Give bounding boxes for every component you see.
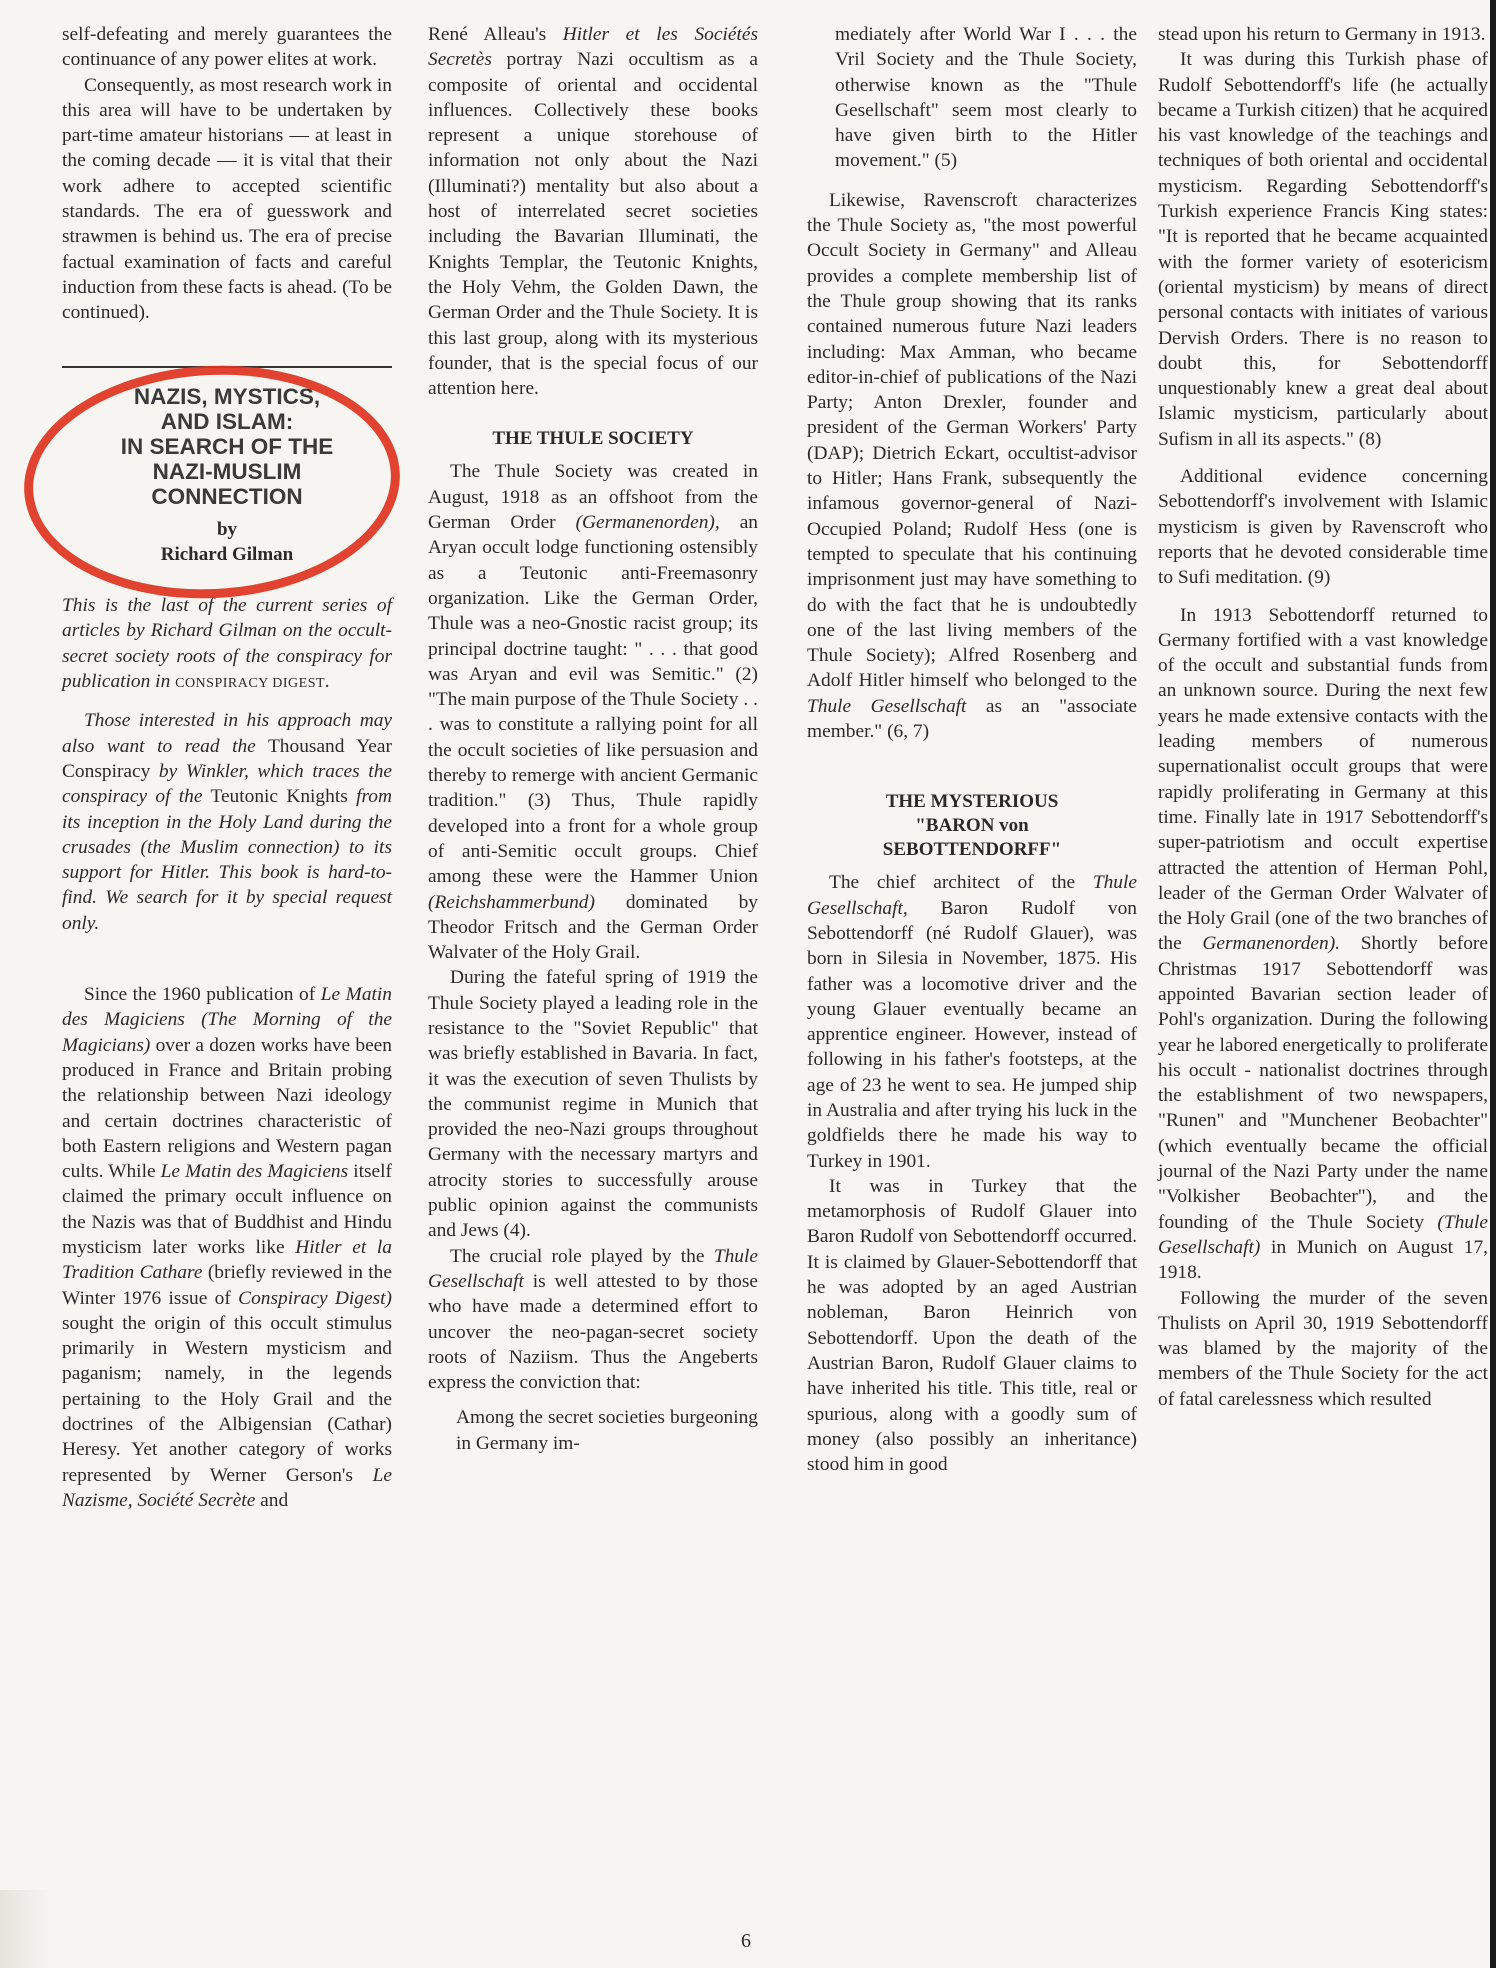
paragraph: The Thule Society was created in August,… (428, 459, 758, 965)
page-number: 6 (741, 1930, 751, 1953)
paragraph: Consequently, as most research work in t… (62, 73, 392, 326)
section-heading: THE THULE SOCIETY (428, 427, 758, 451)
paragraph: Following the murder of the seven Thulis… (1158, 1286, 1488, 1412)
author-name: Richard Gilman (62, 542, 392, 567)
paragraph: Additional evidence concerning Sebottend… (1158, 464, 1488, 590)
article-title: NAZIS, MYSTICS, AND ISLAM: IN SEARCH OF … (62, 384, 392, 509)
column-3: mediately after World War I . . . the Vr… (807, 22, 1137, 1477)
paragraph: stead upon his return to Germany in 1913… (1158, 22, 1488, 47)
block-quote: mediately after World War I . . . the Vr… (807, 22, 1137, 174)
column-1: self-defeating and merely guarantees the… (62, 22, 392, 1513)
scan-edge (1490, 0, 1496, 1968)
intro-paragraph: This is the last of the current series o… (62, 593, 392, 696)
paragraph: In 1913 Sebottendorff returned to German… (1158, 603, 1488, 1286)
intro-paragraph: Those interested in his approach may als… (62, 708, 392, 936)
editor-intro: This is the last of the current series o… (62, 593, 392, 936)
paragraph: It was in Turkey that the metamorphosis … (807, 1174, 1137, 1478)
column-2: René Alleau's Hitler et les Sociétés Sec… (428, 22, 758, 1456)
section-heading: THE MYSTERIOUS "BARON von SEBOTTENDORFF" (807, 790, 1137, 862)
paragraph: René Alleau's Hitler et les Sociétés Sec… (428, 22, 758, 401)
paragraph: self-defeating and merely guarantees the… (62, 22, 392, 73)
article-header: NAZIS, MYSTICS, AND ISLAM: IN SEARCH OF … (62, 378, 392, 576)
byline: by (62, 517, 392, 542)
paragraph: The crucial role played by the Thule Ges… (428, 1244, 758, 1396)
magazine-page: self-defeating and merely guarantees the… (0, 0, 1496, 1968)
column-4: stead upon his return to Germany in 1913… (1158, 22, 1488, 1412)
paragraph: It was during this Turkish phase of Rudo… (1158, 47, 1488, 452)
block-quote: Among the secret societies burgeoning in… (428, 1405, 758, 1456)
quote-text: mediately after World War I . . . the Vr… (835, 22, 1137, 174)
paragraph: The chief architect of the Thule Gesells… (807, 870, 1137, 1174)
paragraph: Since the 1960 publication of Le Matin d… (62, 982, 392, 1513)
section-divider (62, 366, 392, 368)
paragraph: During the fateful spring of 1919 the Th… (428, 965, 758, 1243)
paragraph: Likewise, Ravenscroft characterizes the … (807, 188, 1137, 745)
quote-text: Among the secret societies burgeoning in… (456, 1405, 758, 1456)
scan-shadow (0, 1890, 50, 1968)
